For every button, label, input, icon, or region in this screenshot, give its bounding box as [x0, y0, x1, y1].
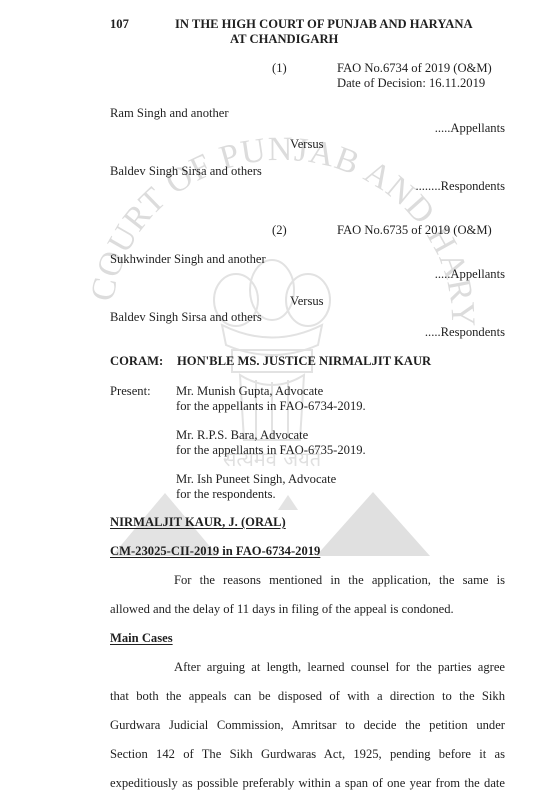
cm-heading: CM-23025-CII-2019 in FAO-6734-2019	[110, 544, 320, 559]
counsel-2-for: for the appellants in FAO-6735-2019.	[176, 443, 366, 458]
case-2-versus: Versus	[290, 294, 324, 309]
main-paragraph-line-3: Gurdwara Judicial Commission, Amritsar t…	[110, 718, 505, 733]
cm-paragraph-line-1: For the reasons mentioned in the applica…	[110, 573, 505, 588]
case-2-case-no: FAO No.6735 of 2019 (O&M)	[337, 223, 492, 238]
case-2-appellant: Sukhwinder Singh and another	[110, 252, 266, 267]
case-1-respondent: Baldev Singh Sirsa and others	[110, 164, 262, 179]
counsel-2-name: Mr. R.P.S. Bara, Advocate	[176, 428, 308, 443]
coram-judge: HON'BLE MS. JUSTICE NIRMALJIT KAUR	[177, 354, 431, 369]
counsel-3-for: for the respondents.	[176, 487, 276, 502]
main-cases-heading: Main Cases	[110, 631, 173, 646]
case-1-case-no: FAO No.6734 of 2019 (O&M)	[337, 61, 492, 76]
case-1-versus: Versus	[290, 137, 324, 152]
case-1-appellant: Ram Singh and another	[110, 106, 229, 121]
case-1-date-of-decision: Date of Decision: 16.11.2019	[337, 76, 485, 91]
court-name-line1: IN THE HIGH COURT OF PUNJAB AND HARYANA	[175, 17, 473, 32]
present-label: Present:	[110, 384, 151, 399]
main-paragraph-line-4: Section 142 of The Sikh Gurdwaras Act, 1…	[110, 747, 505, 762]
watermark-triangle-right	[316, 492, 430, 556]
counsel-1-for: for the appellants in FAO-6734-2019.	[176, 399, 366, 414]
watermark-triangle-small	[278, 495, 298, 510]
cm-paragraph-line-2: allowed and the delay of 11 days in fili…	[110, 602, 454, 617]
court-name-line2: AT CHANDIGARH	[230, 32, 338, 47]
case-2-respondent-role: .....Respondents	[425, 325, 505, 340]
case-2-appellant-role: .....Appellants	[435, 267, 505, 282]
counsel-3-name: Mr. Ish Puneet Singh, Advocate	[176, 472, 336, 487]
case-serial-number: 107	[110, 17, 129, 32]
counsel-1-name: Mr. Munish Gupta, Advocate	[176, 384, 323, 399]
case-2-respondent: Baldev Singh Sirsa and others	[110, 310, 262, 325]
main-paragraph-line-5: expeditiously as possible preferably wit…	[110, 776, 505, 791]
case-2-number: (2)	[272, 223, 287, 238]
coram-label: CORAM:	[110, 354, 163, 369]
case-1-appellant-role: .....Appellants	[435, 121, 505, 136]
main-paragraph-line-1: After arguing at length, learned counsel…	[110, 660, 505, 675]
case-1-respondent-role: ........Respondents	[415, 179, 505, 194]
judgment-author: NIRMALJIT KAUR, J. (ORAL)	[110, 515, 286, 530]
case-1-number: (1)	[272, 61, 287, 76]
main-paragraph-line-2: that both the appeals can be disposed of…	[110, 689, 505, 704]
